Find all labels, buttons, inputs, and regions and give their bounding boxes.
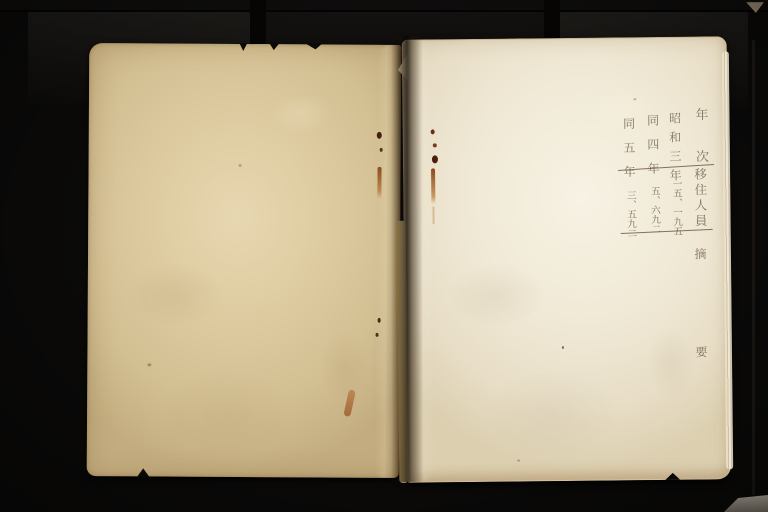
table-header-remarks: 摘要 [694, 248, 708, 444]
right-page: 年次 移住人員 摘要 昭和三年 一五、一九五 同四年 五、六九二 同五年 三、五… [402, 36, 732, 482]
torn-notch [305, 43, 322, 49]
rust-drip [377, 167, 381, 199]
rust-stain [431, 129, 435, 134]
paper-texture [403, 37, 731, 481]
fox-spot [517, 459, 520, 461]
fox-spot [633, 98, 636, 100]
torn-notch [239, 43, 247, 51]
paper-texture [87, 43, 402, 478]
rust-drip [432, 206, 434, 224]
entry-migrants: 五、六九二 [649, 186, 659, 234]
table-header-migrants: 移住人員 [693, 168, 706, 230]
entry-migrants: 三、五九二 [625, 190, 635, 238]
brown-smudge [343, 389, 356, 417]
archival-photo: 年次 移住人員 摘要 昭和三年 一五、一九五 同四年 五、六九二 同五年 三、五… [0, 0, 768, 512]
ink-speck [378, 318, 381, 323]
ink-speck [376, 333, 379, 337]
rust-stain [433, 143, 437, 147]
rust-stain [380, 148, 383, 152]
left-page [87, 43, 402, 478]
torn-notch [665, 473, 680, 480]
rust-drip [431, 168, 435, 204]
entry-year: 同四年 [646, 114, 659, 186]
ink-speck [562, 346, 564, 349]
entry-year: 同五年 [623, 117, 636, 189]
entry-migrants: 一五、一九五 [671, 179, 681, 236]
entry-year: 昭和三年 [668, 112, 681, 188]
rust-stain [432, 155, 438, 163]
torn-notch [137, 468, 150, 477]
fox-spot [147, 363, 151, 366]
fox-spot [239, 164, 242, 167]
gutter-shadow [391, 36, 423, 482]
torn-notch [269, 43, 279, 50]
rust-stain [377, 132, 382, 139]
